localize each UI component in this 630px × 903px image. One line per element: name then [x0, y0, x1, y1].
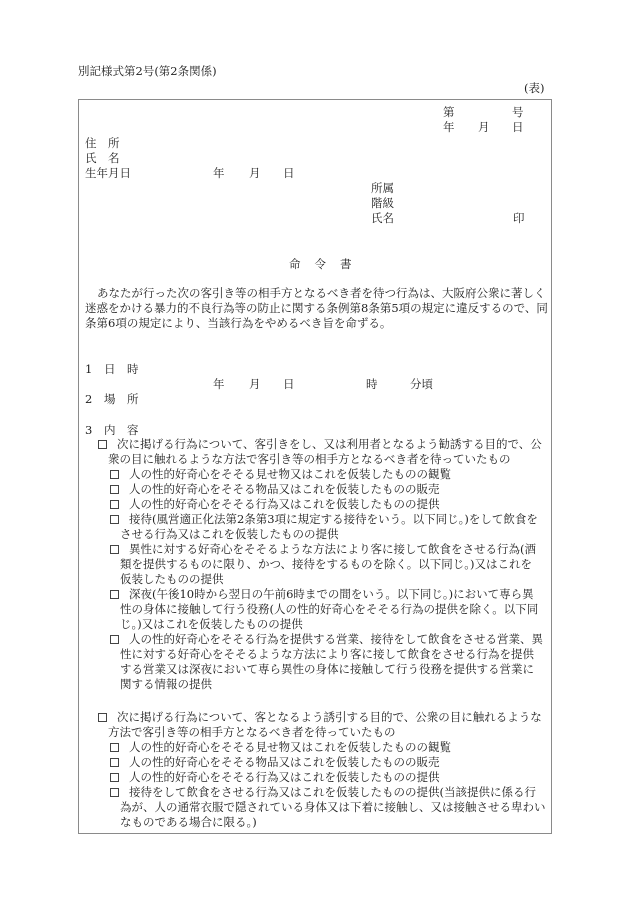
- b-option-4-cont-2: なものである場合に限る。): [120, 815, 257, 829]
- a-option-5-cont-2: 仮装したものの提供: [120, 572, 224, 586]
- a-option-7-checkbox[interactable]: [110, 635, 119, 644]
- b-option-2-checkbox[interactable]: [110, 758, 119, 767]
- address-label: 住 所: [85, 136, 120, 150]
- b-option-1-text: 人の性的好奇心をそそる見せ物又はこれを仮装したものの観覧: [129, 740, 451, 754]
- b-option-2-text: 人の性的好奇心をそそる物品又はこれを仮装したものの販売: [129, 755, 440, 769]
- number-suffix: 号: [512, 105, 524, 119]
- birth-day: 日: [283, 166, 295, 180]
- birth-year: 年: [213, 166, 225, 180]
- section-a-checkbox[interactable]: [98, 440, 107, 449]
- a-option-7-cont-2: する営業又は深夜において専ら異性の身体に接触して行う役務を提供する営業に: [120, 662, 534, 676]
- a-option-6-checkbox[interactable]: [110, 590, 119, 599]
- dt-minute: 分頃: [410, 377, 433, 391]
- b-option-3[interactable]: 人の性的好奇心をそそる行為又はこれを仮装したものの提供: [110, 770, 440, 784]
- a-option-7[interactable]: 人の性的好奇心をそそる行為を提供する営業、接待をして飲食をさせる営業、異: [110, 632, 543, 646]
- a-option-2[interactable]: 人の性的好奇心をそそる物品又はこれを仮装したものの販売: [110, 482, 440, 496]
- a-option-6-cont-1: 性の身体に接触して行う役務(人の性的好奇心をそそる行為の提供を除く。以下同: [120, 602, 538, 616]
- b-option-4-cont-1: 為が、人の通常衣服で隠されている身体又は下着に接触し、又は接触させる卑わい: [120, 800, 546, 814]
- a-option-2-text: 人の性的好奇心をそそる物品又はこれを仮装したものの販売: [129, 482, 440, 496]
- a-option-7-text: 人の性的好奇心をそそる行為を提供する営業、接待をして飲食をさせる営業、異: [129, 632, 543, 646]
- a-option-5-checkbox[interactable]: [110, 545, 119, 554]
- item-1-label: 日 時: [104, 362, 139, 376]
- item-3-num: 3: [85, 423, 92, 437]
- birthdate-label: 生年月日: [85, 166, 131, 180]
- b-option-4-text: 接待をして飲食をさせる行為又はこれを仮装したものの提供(当該提供に係る行: [129, 785, 536, 799]
- section-a-text: 次に掲げる行為について、客引きをし、又は利用者となるよう勧誘する目的で、公: [117, 437, 542, 451]
- item-2-label: 場 所: [104, 392, 139, 406]
- b-option-3-checkbox[interactable]: [110, 773, 119, 782]
- a-option-6-cont-2: じ。)又はこれを仮装したものの提供: [120, 617, 303, 631]
- number-prefix: 第: [443, 105, 455, 119]
- section-a-line-1[interactable]: 次に掲げる行為について、客引きをし、又は利用者となるよう勧誘する目的で、公: [98, 437, 542, 451]
- b-option-2[interactable]: 人の性的好奇心をそそる物品又はこれを仮装したものの販売: [110, 755, 440, 769]
- a-option-2-checkbox[interactable]: [110, 485, 119, 494]
- section-b-line-2: 方法で客引き等の相手方となるべき者を待っていたもの: [108, 725, 396, 739]
- b-option-1[interactable]: 人の性的好奇心をそそる見せ物又はこれを仮装したものの観覧: [110, 740, 451, 754]
- body-line-2: 迷惑をかける暴力的不良行為等の防止に関する条例第8条第5項の規定に違反するので、…: [85, 301, 548, 315]
- seal-label: 印: [513, 211, 525, 225]
- a-option-1-checkbox[interactable]: [110, 470, 119, 479]
- a-option-4[interactable]: 接待(風営適正化法第2条第3項に規定する接待をいう。以下同じ。)をして飲食を: [110, 512, 538, 526]
- a-option-3-checkbox[interactable]: [110, 500, 119, 509]
- affiliation-label: 所属: [371, 181, 394, 195]
- document-title: 命令書: [289, 257, 366, 271]
- section-b-line-1[interactable]: 次に掲げる行為について、客となるよう誘引する目的で、公衆の目に触れるような: [98, 710, 542, 724]
- item-1-num: 1: [85, 362, 92, 376]
- a-option-4-cont: させる行為又はこれを仮装したものの提供: [120, 527, 339, 541]
- name-label: 氏 名: [85, 151, 120, 165]
- a-option-5-text: 異性に対する好奇心をそそるような方法により客に接して飲食をさせる行為(酒: [129, 542, 536, 556]
- body-line-3: 条第6項の規定により、当該行為をやめるべき旨を命ずる。: [85, 316, 391, 330]
- a-option-5-cont-1: 類を提供するものに限り、かつ、接待をするものを除く。以下同じ。)又はこれを: [120, 557, 532, 571]
- date-year: 年: [443, 120, 455, 134]
- date-month: 月: [478, 120, 490, 134]
- birth-month: 月: [249, 166, 261, 180]
- a-option-1-text: 人の性的好奇心をそそる見せ物又はこれを仮装したものの観覧: [129, 467, 451, 481]
- b-option-4[interactable]: 接待をして飲食をさせる行為又はこれを仮装したものの提供(当該提供に係る行: [110, 785, 536, 799]
- form-label: 別記様式第2号(第2条関係): [78, 64, 217, 78]
- dt-month: 月: [249, 377, 261, 391]
- a-option-5[interactable]: 異性に対する好奇心をそそるような方法により客に接して飲食をさせる行為(酒: [110, 542, 536, 556]
- officer-name-label: 氏名: [371, 211, 394, 225]
- body-line-1: あなたが行った次の客引き等の相手方となるべき者を待つ行為は、大阪府公衆に著しく: [97, 286, 546, 300]
- b-option-3-text: 人の性的好奇心をそそる行為又はこれを仮装したものの提供: [129, 770, 440, 784]
- dt-year: 年: [213, 377, 225, 391]
- a-option-4-text: 接待(風営適正化法第2条第3項に規定する接待をいう。以下同じ。)をして飲食を: [129, 512, 538, 526]
- item-2-num: 2: [85, 392, 92, 406]
- item-3-label: 内 容: [104, 423, 139, 437]
- b-option-1-checkbox[interactable]: [110, 743, 119, 752]
- a-option-3-text: 人の性的好奇心をそそる行為又はこれを仮装したものの提供: [129, 497, 440, 511]
- section-b-text: 次に掲げる行為について、客となるよう誘引する目的で、公衆の目に触れるような: [117, 710, 542, 724]
- a-option-3[interactable]: 人の性的好奇心をそそる行為又はこれを仮装したものの提供: [110, 497, 440, 511]
- a-option-1[interactable]: 人の性的好奇心をそそる見せ物又はこれを仮装したものの観覧: [110, 467, 451, 481]
- b-option-4-checkbox[interactable]: [110, 788, 119, 797]
- dt-day: 日: [283, 377, 295, 391]
- a-option-7-cont-1: 性に対する好奇心をそそるような方法により客に接して飲食をさせる行為を提供: [120, 647, 534, 661]
- side-label: (表): [524, 81, 544, 95]
- rank-label: 階級: [371, 196, 394, 210]
- a-option-6[interactable]: 深夜(午後10時から翌日の午前6時までの間をいう。以下同じ。)において専ら異: [110, 587, 534, 601]
- a-option-6-text: 深夜(午後10時から翌日の午前6時までの間をいう。以下同じ。)において専ら異: [129, 587, 534, 601]
- date-day: 日: [512, 120, 524, 134]
- a-option-4-checkbox[interactable]: [110, 515, 119, 524]
- section-a-line-2: 衆の目に触れるような方法で客引き等の相手方となるべき者を待っていたもの: [108, 452, 511, 466]
- dt-hour: 時: [366, 377, 378, 391]
- a-option-7-cont-3: 関する情報の提供: [120, 677, 212, 691]
- section-b-checkbox[interactable]: [98, 713, 107, 722]
